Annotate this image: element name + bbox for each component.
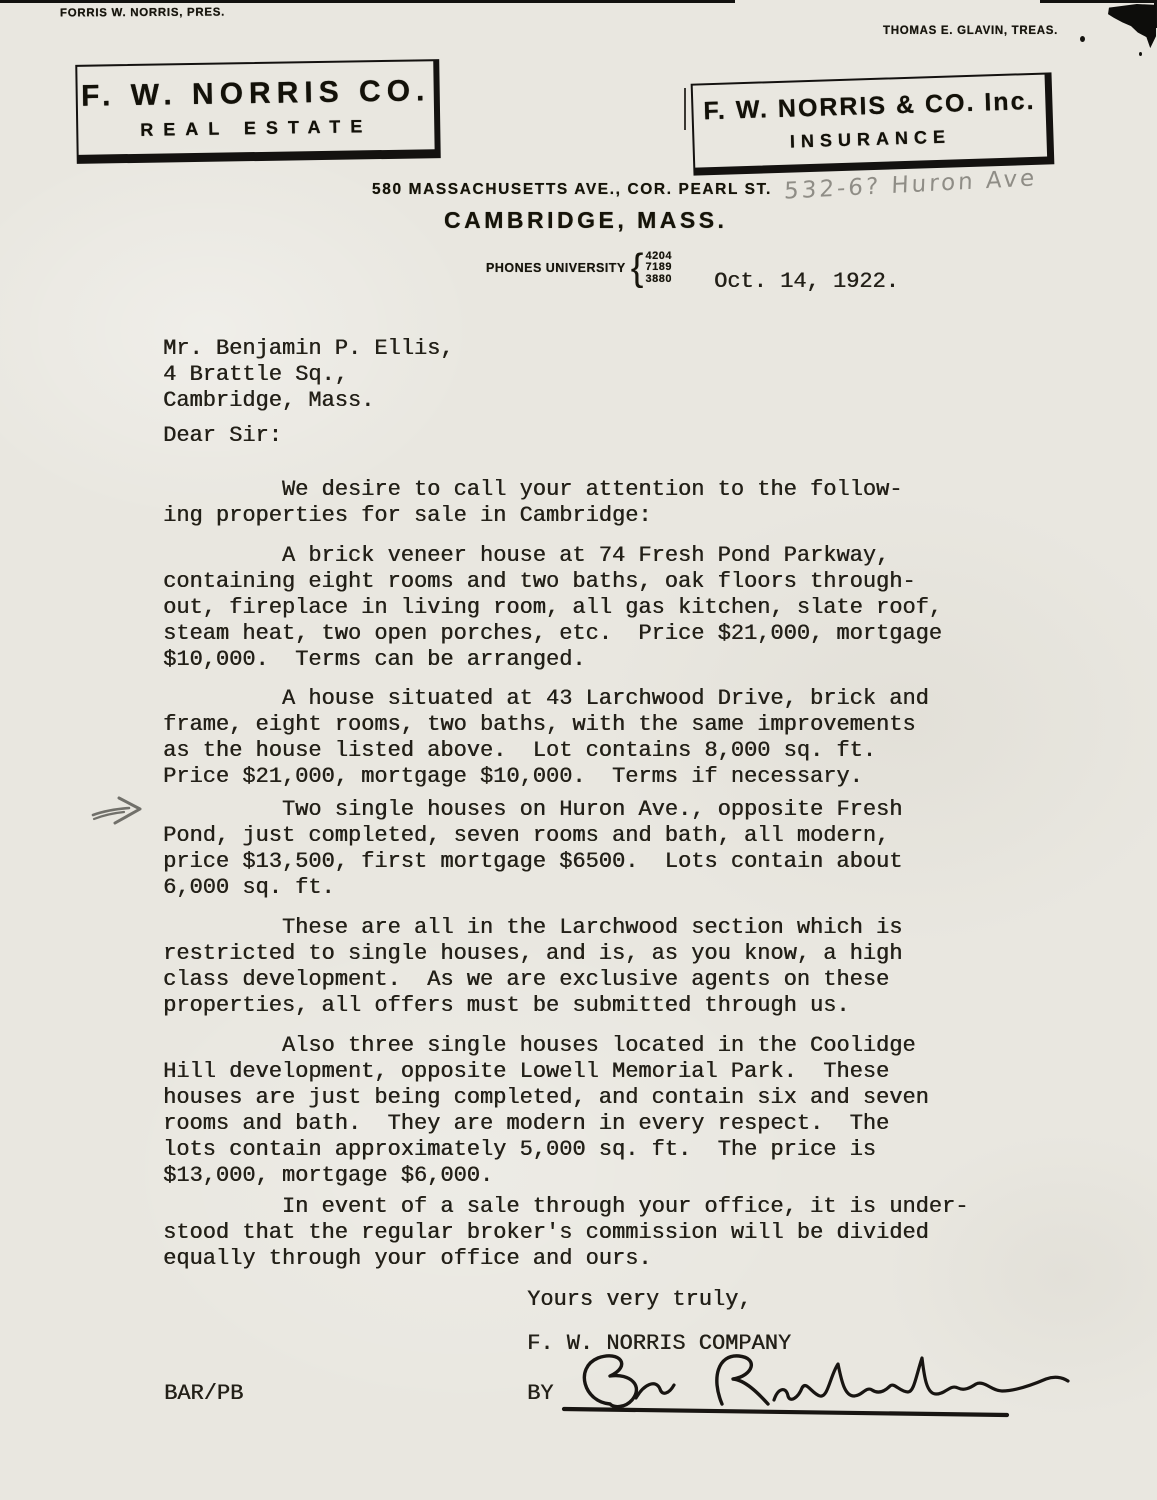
salutation: Dear Sir: — [163, 423, 282, 449]
paragraph-larchwood-drive: A house situated at 43 Larchwood Drive, … — [163, 686, 1053, 790]
ink-blob-artifact — [1108, 4, 1156, 50]
recipient-address-block: Mr. Benjamin P. Ellis, 4 Brattle Sq., Ca… — [163, 336, 453, 414]
city-state: CAMBRIDGE, MASS. — [444, 207, 727, 234]
handwritten-signature — [552, 1346, 1112, 1436]
letter-date: Oct. 14, 1922. — [714, 269, 899, 295]
paragraph-commission: In event of a sale through your office, … — [163, 1194, 1053, 1272]
company-name-real-estate: F. W. NORRIS CO. — [77, 74, 433, 114]
company-name-insurance: F. W. NORRIS & CO. Inc. — [693, 87, 1046, 127]
phone-number-list: 4204 7189 3880 — [645, 251, 671, 286]
paragraph-huron-ave: Two single houses on Huron Ave., opposit… — [163, 797, 1053, 901]
scan-edge-artifact — [0, 0, 735, 3]
company-division-real-estate: REAL ESTATE — [78, 115, 434, 142]
ink-speck — [1080, 36, 1085, 42]
company-division-insurance: INSURANCE — [694, 124, 1046, 156]
scan-edge-artifact — [1040, 0, 1157, 3]
ink-speck — [1139, 52, 1142, 56]
print-artifact-tick — [684, 88, 686, 130]
street-address: 580 MASSACHUSETTS AVE., COR. PEARL ST. — [372, 181, 772, 199]
scanned-letter-page: FORRIS W. NORRIS, PRES. THOMAS E. GLAVIN… — [0, 0, 1157, 1500]
paragraph-coolidge-hill: Also three single houses located in the … — [163, 1033, 1053, 1189]
brace-glyph: { — [631, 250, 644, 286]
phones-block: PHONES UNIVERSITY { 4204 7189 3880 — [486, 250, 672, 286]
officer-name-treasurer: THOMAS E. GLAVIN, TREAS. — [883, 25, 1058, 37]
paragraph-fresh-pond-parkway: A brick veneer house at 74 Fresh Pond Pa… — [163, 543, 1053, 673]
typist-initials: BAR/PB — [164, 1381, 243, 1407]
letterhead-box-real-estate: F. W. NORRIS CO. REAL ESTATE — [75, 59, 441, 164]
handwritten-arrow-icon — [88, 792, 154, 832]
letterhead-box-insurance: F. W. NORRIS & CO. Inc. INSURANCE — [691, 72, 1055, 175]
phone-number: 3880 — [645, 274, 671, 286]
by-label: BY — [527, 1381, 553, 1407]
paragraph-larchwood-section: These are all in the Larchwood section w… — [163, 915, 1053, 1019]
complimentary-close: Yours very truly, — [527, 1287, 751, 1313]
paragraph-intro: We desire to call your attention to the … — [163, 477, 1053, 529]
phones-label: PHONES UNIVERSITY — [486, 261, 626, 275]
officer-name-president: FORRIS W. NORRIS, PRES. — [60, 7, 225, 20]
